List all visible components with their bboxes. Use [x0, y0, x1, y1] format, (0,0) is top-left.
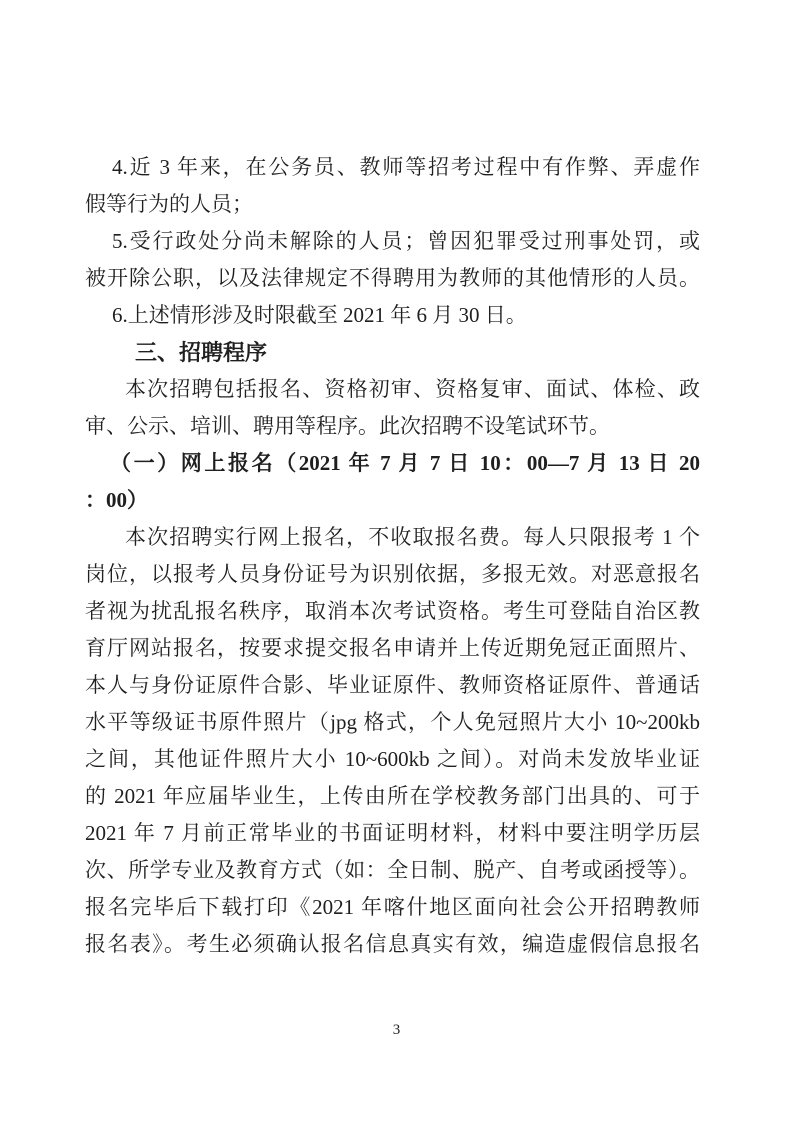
- numbered-item: 6.上述情形涉及时限截至 2021 年 6 月 30 日。: [85, 297, 700, 334]
- text-line: ：00）: [85, 482, 700, 519]
- text-line: 三、招聘程序: [85, 334, 700, 371]
- text-line: 4.近 3 年来，在公务员、教师等招考过程中有作弊、弄虚作: [85, 149, 700, 186]
- document-page: 4.近 3 年来，在公务员、教师等招考过程中有作弊、弄虚作假等行为的人员；5.受…: [0, 0, 793, 1122]
- text-line: （一）网上报名（2021 年 7 月 7 日 10：00—7 月 13 日 20: [85, 445, 700, 482]
- document-content: 4.近 3 年来，在公务员、教师等招考过程中有作弊、弄虚作假等行为的人员；5.受…: [85, 149, 700, 963]
- text-line: 本次招聘包括报名、资格初审、资格复审、面试、体检、政: [85, 371, 700, 408]
- body-paragraph: 本次招聘实行网上报名，不收取报名费。每人只限报考 1 个岗位，以报考人员身份证号…: [85, 519, 700, 963]
- numbered-item: 5.受行政处分尚未解除的人员；曾因犯罪受过刑事处罚，或被开除公职，以及法律规定不…: [85, 223, 700, 297]
- text-line: 被开除公职，以及法律规定不得聘用为教师的其他情形的人员。: [85, 260, 700, 297]
- text-line: 报名表》。考生必须确认报名信息真实有效，编造虚假信息报名: [85, 926, 700, 963]
- text-line: 假等行为的人员；: [85, 186, 700, 223]
- section-heading: 三、招聘程序: [85, 334, 700, 371]
- text-line: 水平等级证书原件照片（jpg 格式，个人免冠照片大小 10~200kb: [85, 704, 700, 741]
- text-line: 本人与身份证原件合影、毕业证原件、教师资格证原件、普通话: [85, 667, 700, 704]
- section-subheading: （一）网上报名（2021 年 7 月 7 日 10：00—7 月 13 日 20…: [85, 445, 700, 519]
- text-line: 5.受行政处分尚未解除的人员；曾因犯罪受过刑事处罚，或: [85, 223, 700, 260]
- text-line: 2021 年 7 月前正常毕业的书面证明材料，材料中要注明学历层: [85, 815, 700, 852]
- text-line: 6.上述情形涉及时限截至 2021 年 6 月 30 日。: [85, 297, 700, 334]
- text-line: 次、所学专业及教育方式（如：全日制、脱产、自考或函授等）。: [85, 852, 700, 889]
- text-line: 育厅网站报名，按要求提交报名申请并上传近期免冠正面照片、: [85, 630, 700, 667]
- body-paragraph: 本次招聘包括报名、资格初审、资格复审、面试、体检、政审、公示、培训、聘用等程序。…: [85, 371, 700, 445]
- page-number: 3: [0, 1022, 793, 1039]
- text-line: 的 2021 年应届毕业生，上传由所在学校教务部门出具的、可于: [85, 778, 700, 815]
- text-line: 者视为扰乱报名秩序，取消本次考试资格。考生可登陆自治区教: [85, 593, 700, 630]
- text-line: 岗位，以报考人员身份证号为识别依据，多报无效。对恶意报名: [85, 556, 700, 593]
- text-line: 审、公示、培训、聘用等程序。此次招聘不设笔试环节。: [85, 408, 700, 445]
- text-line: 本次招聘实行网上报名，不收取报名费。每人只限报考 1 个: [85, 519, 700, 556]
- numbered-item: 4.近 3 年来，在公务员、教师等招考过程中有作弊、弄虚作假等行为的人员；: [85, 149, 700, 223]
- text-line: 之间，其他证件照片大小 10~600kb 之间）。对尚未发放毕业证: [85, 741, 700, 778]
- text-line: 报名完毕后下载打印《2021 年喀什地区面向社会公开招聘教师: [85, 889, 700, 926]
